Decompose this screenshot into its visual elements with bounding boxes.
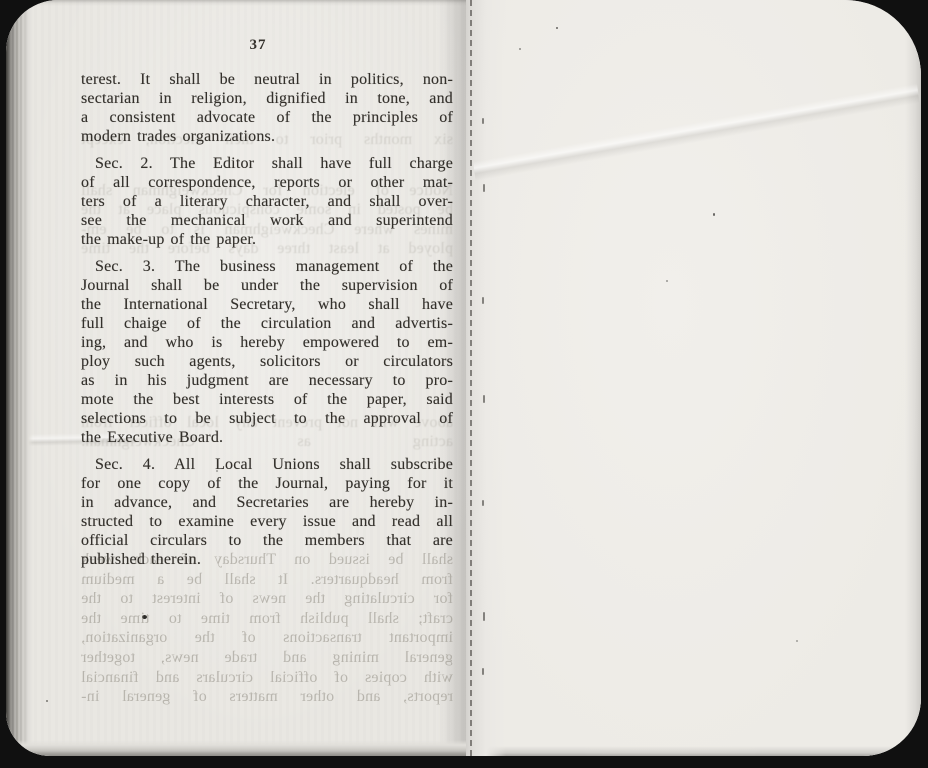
text-line: for one copy of the Journal, paying for … <box>81 474 453 493</box>
text-line: Journal shall be under the supervision o… <box>81 276 453 295</box>
text-line: reports, and other matters of general in… <box>81 687 453 707</box>
paragraph-sec4: Sec. 4. All Local Unions shall subscribe… <box>81 455 453 569</box>
text-line: of all correspondence, reports or other … <box>81 173 453 192</box>
gutter-mark <box>483 395 485 403</box>
paragraph-sec2: Sec. 2. The Editor shall have full charg… <box>81 154 453 249</box>
text-line: with copies of official circulars and fi… <box>81 668 453 688</box>
text-line: for circulating the news of interest to … <box>81 589 453 609</box>
gutter-mark <box>482 500 484 506</box>
bleedthrough-block: shall be issued on Thursday of each week… <box>81 550 453 707</box>
text-line: Sec. 2. The Editor shall have full charg… <box>81 154 453 173</box>
text-line: published therein. <box>81 550 453 569</box>
page-top-edge <box>6 0 466 6</box>
text-line: from headquarters. It shall be a medium <box>81 570 453 590</box>
ink-speck <box>713 213 715 216</box>
gutter-mark <box>482 668 484 675</box>
text-line: the Executive Board. <box>81 428 453 447</box>
text-line: craft; shall publish from time to time t… <box>81 609 453 629</box>
text-line: modern trades organizations. <box>81 127 453 146</box>
paragraph-continuation: terest. It shall be neutral in politics,… <box>81 70 453 146</box>
text-line: general mining and trade news, together <box>81 648 453 668</box>
page-text: terest. It shall be neutral in politics,… <box>81 70 453 569</box>
book-scan: six months prior to their election, exce… <box>6 0 921 756</box>
paragraph-sec3: Sec. 3. The business management of theJo… <box>81 257 453 447</box>
ink-speck <box>46 700 48 702</box>
text-line: Sec. 3. The business management of the <box>81 257 453 276</box>
text-line: the make-up of the paper. <box>81 230 453 249</box>
text-line: in advance, and Secretaries are hereby i… <box>81 493 453 512</box>
text-line: important transactions of the organizati… <box>81 628 453 648</box>
text-line: selections to be subject to the approval… <box>81 409 453 428</box>
gutter-mark <box>483 612 485 621</box>
text-line: ploy such agents, solicitors or circulat… <box>81 352 453 371</box>
text-line: ters of a literary character, and shall … <box>81 192 453 211</box>
gutter-mark <box>482 297 484 304</box>
gutter-mark <box>483 184 485 192</box>
text-line: a consistent advocate of the principles … <box>81 108 453 127</box>
text-line: sectarian in religion, dignified in tone… <box>81 89 453 108</box>
ink-speck <box>666 280 668 282</box>
gutter-mark <box>482 118 484 124</box>
left-page: six months prior to their election, exce… <box>6 0 466 756</box>
text-line: full chaige of the circulation and adver… <box>81 314 453 333</box>
text-line: see the mechanical work and superintend <box>81 211 453 230</box>
text-line: official circulars to the members that a… <box>81 531 453 550</box>
text-line: mote the best interests of the paper, sa… <box>81 390 453 409</box>
text-line: ing, and who is hereby empowered to em- <box>81 333 453 352</box>
text-line: as in his judgment are necessary to pro- <box>81 371 453 390</box>
ink-speck <box>556 27 558 29</box>
text-line: terest. It shall be neutral in politics,… <box>81 70 453 89</box>
text-line: structed to examine every issue and read… <box>81 512 453 531</box>
right-page <box>466 0 921 756</box>
ink-speck <box>796 640 798 642</box>
book-gutter <box>470 0 472 756</box>
page-edge-stack-left <box>6 0 33 756</box>
ink-speck <box>519 48 521 50</box>
text-line: Sec. 4. All Local Unions shall subscribe <box>81 455 453 474</box>
text-line: the International Secretary, who shall h… <box>81 295 453 314</box>
page-number: 37 <box>72 37 444 54</box>
page-edge-stack-bottom <box>6 740 466 756</box>
paper-crease <box>468 68 921 192</box>
